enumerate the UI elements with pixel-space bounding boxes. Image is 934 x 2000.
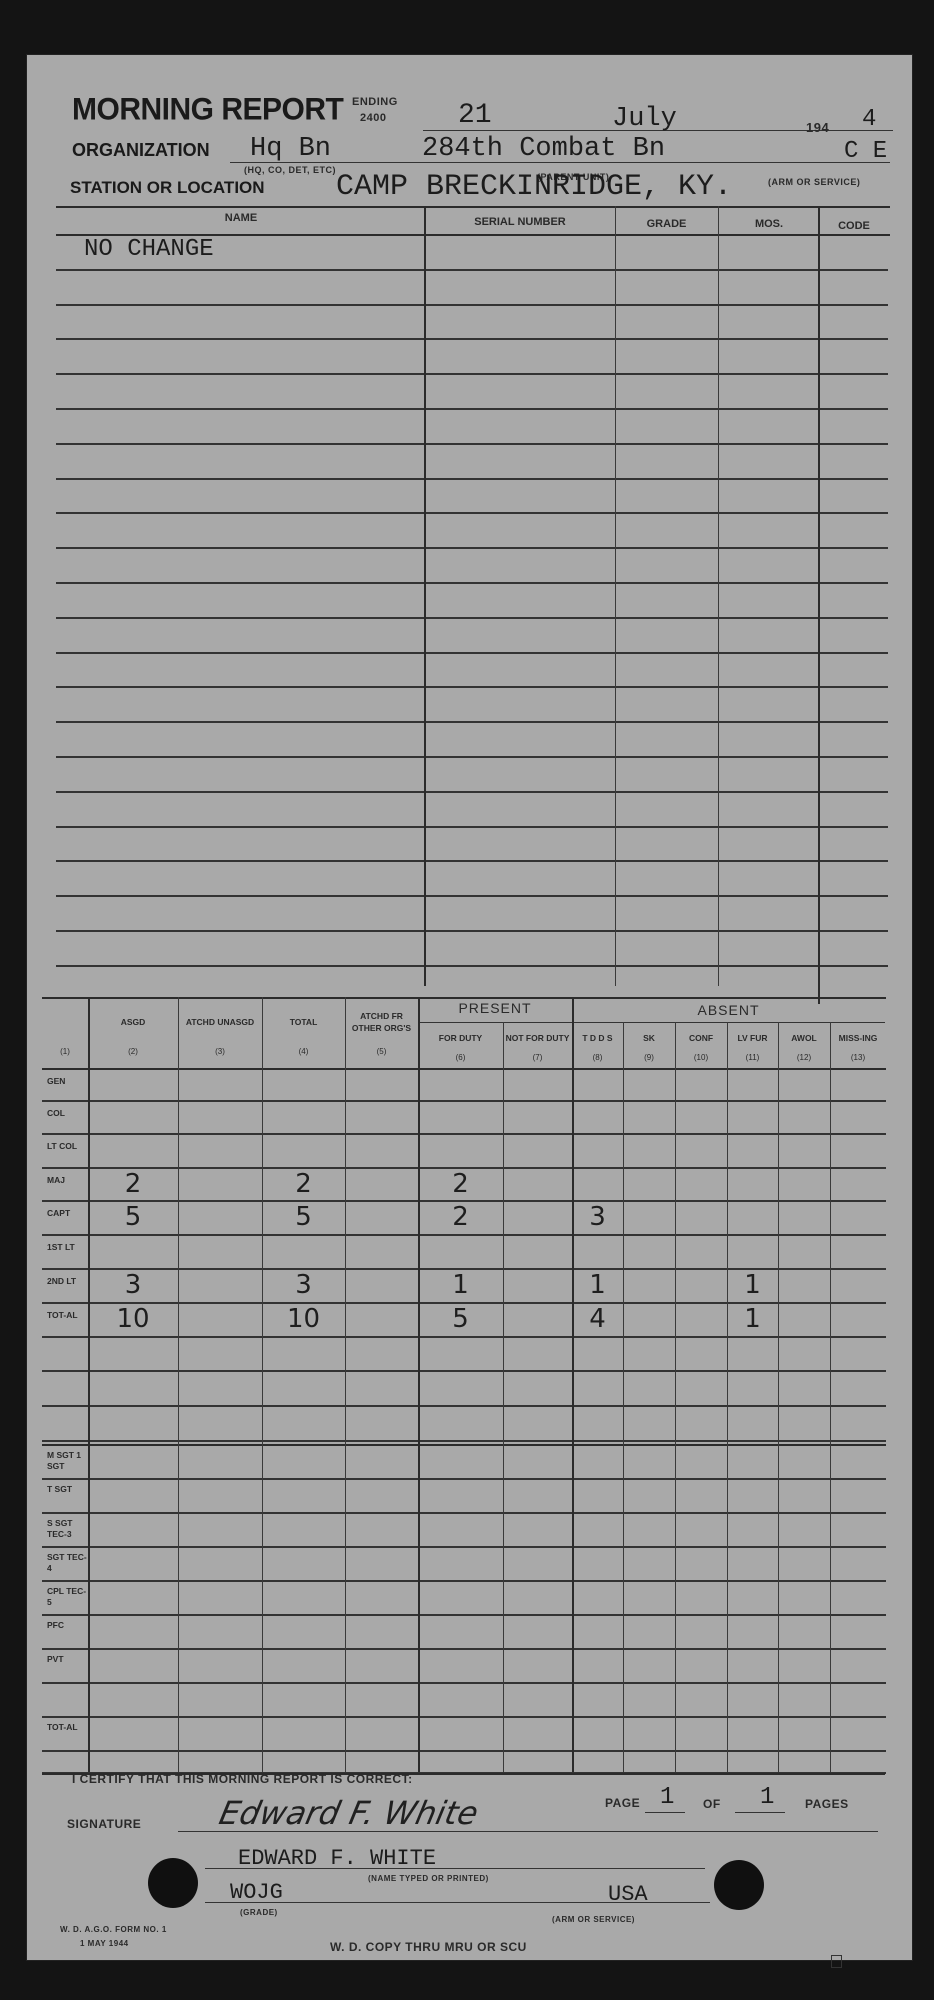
punch-hole-left — [148, 1858, 198, 1908]
strength-cell: 1 — [418, 1270, 503, 1300]
row-grade-label: GEN — [47, 1076, 87, 1087]
row-grade-label: PVT — [47, 1654, 87, 1665]
col-head-10: CONF(10) — [675, 1026, 727, 1064]
service-caption: (ARM OR SERVICE) — [552, 1915, 635, 1924]
ending-label: ENDING — [352, 96, 398, 108]
col-mos: MOS. — [718, 218, 820, 230]
strength-cell: 5 — [262, 1202, 345, 1232]
col-head-12: AWOL(12) — [778, 1026, 830, 1064]
row-grade-label: 1ST LT — [47, 1242, 87, 1253]
row-grade-label: PFC — [47, 1620, 87, 1631]
col-head-1: (1) — [42, 1010, 88, 1058]
station-label: STATION OR LOCATION — [70, 178, 265, 198]
strength-cell: 3 — [88, 1270, 178, 1300]
report-month: July — [612, 104, 677, 134]
report-year: 4 — [862, 106, 876, 133]
row-grade-label: CAPT — [47, 1208, 87, 1219]
strength-cell: 5 — [418, 1304, 503, 1334]
row-grade-label: MAJ — [47, 1175, 87, 1186]
name-entry: NO CHANGE — [84, 236, 214, 263]
group-present: PRESENT — [418, 1002, 572, 1014]
form-date: 1 MAY 1944 — [80, 1939, 129, 1948]
strength-cell: 2 — [88, 1169, 178, 1199]
strength-cell: 2 — [418, 1169, 503, 1199]
punch-hole-right — [714, 1860, 764, 1910]
report-title: MORNING REPORT — [72, 92, 343, 128]
grade-caption: (GRADE) — [240, 1908, 278, 1917]
col-head-5: ATCHD FR OTHER ORG'S(5) — [345, 1010, 418, 1058]
row-grade-label: COL — [47, 1108, 87, 1119]
organization-caption: (HQ, CO, DET, ETC) — [244, 165, 336, 175]
parent-unit-value: 284th Combat Bn — [422, 134, 665, 164]
col-head-13: MISS-ING(13) — [830, 1026, 886, 1064]
col-head-4: TOTAL(4) — [262, 1010, 345, 1058]
year-prefix: 194 — [806, 120, 829, 135]
signature-label: SIGNATURE — [67, 1817, 141, 1831]
organization-value: Hq Bn — [250, 134, 331, 164]
row-grade-label: TOT-AL — [47, 1722, 87, 1733]
strength-cell: 5 — [88, 1202, 178, 1232]
col-head-3: ATCHD UNASGD(3) — [178, 1010, 262, 1058]
strength-cell: 4 — [572, 1304, 623, 1334]
row-grade-label: SGT TEC-4 — [47, 1552, 87, 1574]
organization-label: ORGANIZATION — [72, 140, 210, 161]
col-name: NAME — [57, 212, 425, 224]
service-value: USA — [608, 1882, 648, 1907]
strength-cell: 3 — [572, 1202, 623, 1232]
page-total: 1 — [760, 1784, 774, 1811]
col-grade: GRADE — [615, 218, 718, 230]
row-grade-label: T SGT — [47, 1484, 87, 1495]
col-head-11: LV FUR(11) — [727, 1026, 778, 1064]
row-grade-label: CPL TEC-5 — [47, 1586, 87, 1608]
copy-note: W. D. COPY THRU MRU OR SCU — [330, 1940, 527, 1954]
row-grade-label: S SGT TEC-3 — [47, 1518, 87, 1540]
form-number: W. D. A.G.O. FORM NO. 1 — [60, 1925, 167, 1934]
strength-cell: 2 — [418, 1202, 503, 1232]
col-head-6: FOR DUTY(6) — [418, 1026, 503, 1064]
report-day: 21 — [458, 100, 492, 131]
strength-cell: 1 — [572, 1270, 623, 1300]
page-label: PAGE — [605, 1796, 640, 1810]
strength-cell: 1 — [727, 1270, 778, 1300]
typed-name-caption: (NAME TYPED OR PRINTED) — [368, 1874, 489, 1883]
col-serial-number: SERIAL NUMBER — [425, 216, 615, 228]
ending-time: 2400 — [360, 112, 386, 124]
arm-caption: (ARM OR SERVICE) — [768, 177, 860, 187]
group-absent: ABSENT — [572, 1004, 885, 1016]
strength-cell: 10 — [88, 1304, 178, 1334]
row-grade-label: 2ND LT — [47, 1276, 87, 1287]
strength-cell: 10 — [262, 1304, 345, 1334]
of-label: OF — [703, 1797, 721, 1811]
col-head-9: SK(9) — [623, 1026, 675, 1064]
certification-statement: I CERTIFY THAT THIS MORNING REPORT IS CO… — [72, 1772, 413, 1786]
col-head-2: ASGD(2) — [88, 1010, 178, 1058]
pages-label: PAGES — [805, 1797, 849, 1811]
col-head-8: T D D S(8) — [572, 1026, 623, 1064]
row-grade-label: LT COL — [47, 1141, 87, 1152]
strength-cell: 3 — [262, 1270, 345, 1300]
station-value: CAMP BRECKINRIDGE, KY. — [336, 170, 732, 204]
col-head-7: NOT FOR DUTY(7) — [503, 1026, 572, 1064]
row-grade-label: M SGT 1 SGT — [47, 1450, 87, 1472]
arm-value: C E — [844, 138, 887, 165]
checkbox[interactable] — [831, 1955, 842, 1968]
page-number: 1 — [660, 1784, 674, 1811]
row-grade-label: TOT-AL — [47, 1310, 87, 1321]
strength-cell: 1 — [727, 1304, 778, 1334]
signature: Edward F. White — [216, 1794, 482, 1832]
col-code: CODE — [820, 220, 888, 232]
strength-cell: 2 — [262, 1169, 345, 1199]
